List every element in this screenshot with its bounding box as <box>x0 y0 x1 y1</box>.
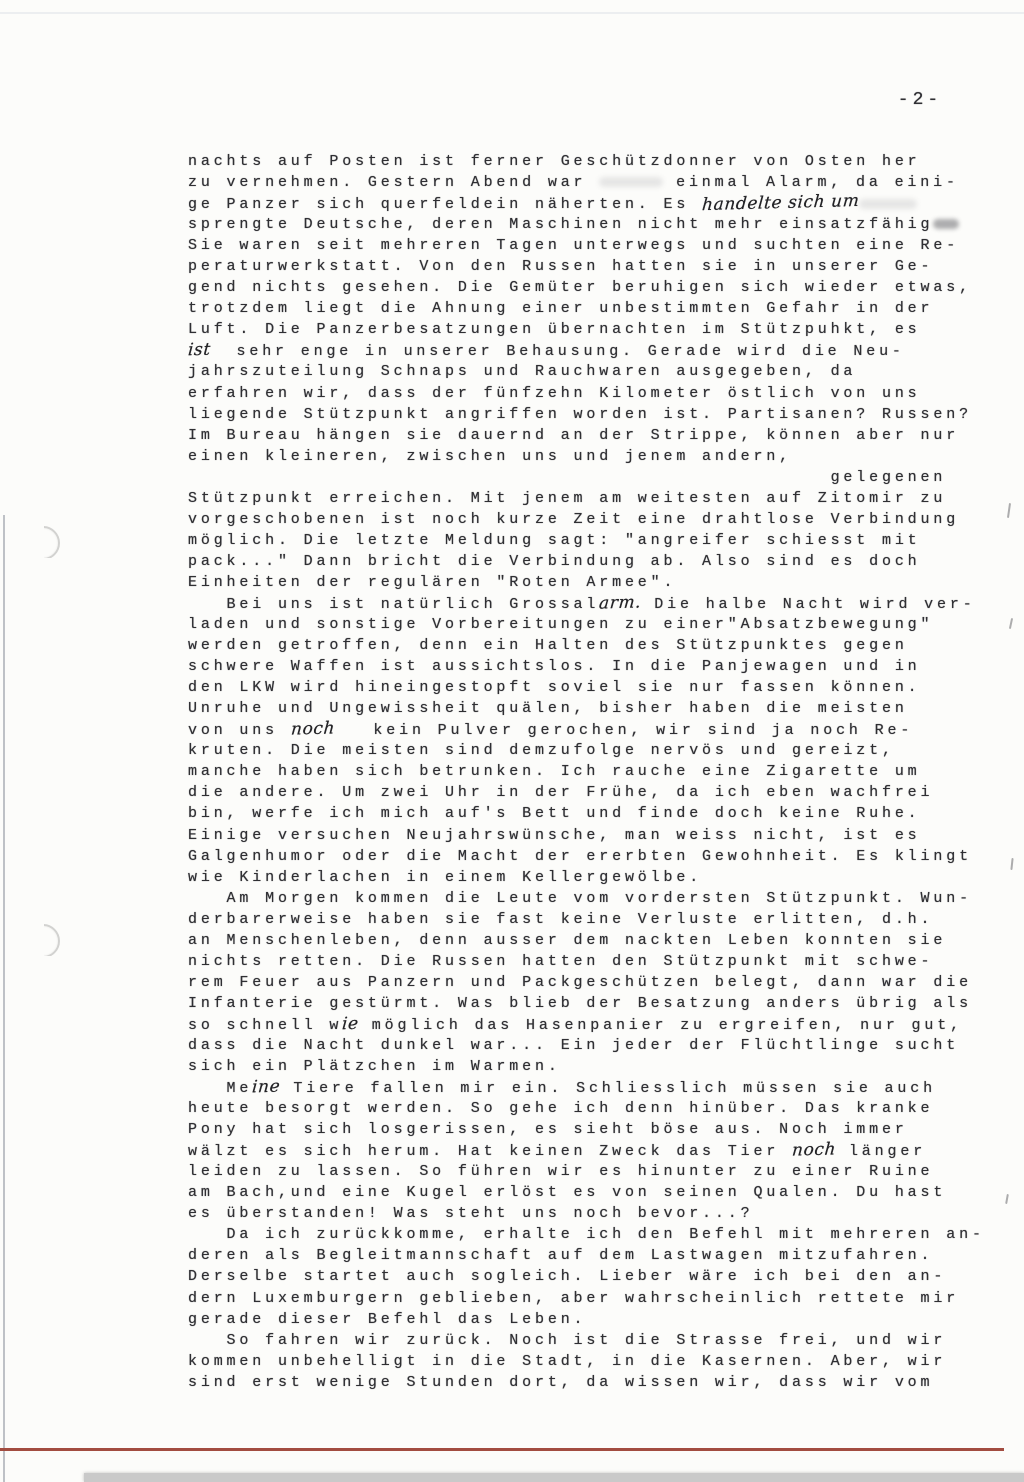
text-line: sind erst wenige Stunden dort, da wissen… <box>188 1372 1000 1393</box>
punch-hole <box>44 524 64 558</box>
document-page: -2- nachts auf Posten ist ferner Geschüt… <box>0 0 1024 1482</box>
typed-text: vorgeschobenen ist noch kurze Zeit eine … <box>188 511 959 528</box>
text-line: Einheiten der regulären "Roten Armee". <box>188 572 1000 593</box>
typed-text: Me <box>188 1080 252 1097</box>
typed-text: liegende Stützpunkt angriffen worden ist… <box>188 406 972 423</box>
pen-mark <box>1010 858 1013 870</box>
punch-hole-ring <box>44 526 60 558</box>
text-line: derbarerweise haben sie fast keine Verlu… <box>188 909 1000 930</box>
typed-text: möglich das Hasenpanier zu ergreifen, nu… <box>359 1017 963 1034</box>
typed-text: kruten. Die meisten sind demzufolge nerv… <box>188 742 895 759</box>
text-line: Da ich zurückkomme, erhalte ich den Befe… <box>188 1224 1000 1245</box>
typed-text: sprengte Deutsche, deren Maschinen nicht… <box>188 216 933 233</box>
typed-text: so schnell w <box>188 1017 342 1034</box>
ink-blot <box>933 219 959 229</box>
handwritten-text: ine <box>251 1077 281 1099</box>
text-line: erfahren wir, dass der fünfzehn Kilomete… <box>188 383 1000 404</box>
typed-text: leiden zu lassen. So führen wir es hinun… <box>188 1163 933 1180</box>
typed-text: Da ich zurückkomme, erhalte ich den Befe… <box>188 1226 985 1243</box>
text-line: nichts retten. Die Russen hatten den Stü… <box>188 951 1000 972</box>
scan-artifact-left-line <box>3 515 5 1482</box>
text-lines: nachts auf Posten ist ferner Geschützdon… <box>188 151 1000 1393</box>
typed-text: Unruhe und Ungewissheit quälen, bisher h… <box>188 700 908 717</box>
text-line: pack..." Dann bricht die Verbindung ab. … <box>188 551 1000 572</box>
typed-text: manche haben sich betrunken. Ich rauche … <box>188 763 921 780</box>
typed-text: gerade dieser Befehl das Leben. <box>188 1311 586 1328</box>
typed-text: zu vernehmen. Gestern Abend war <box>188 174 599 191</box>
pen-mark <box>1007 503 1011 518</box>
text-line: trotzdem liegt die Ahnung einer unbestim… <box>188 298 1000 319</box>
typed-text: pack..." Dann bricht die Verbindung ab. … <box>188 553 921 570</box>
text-line: Stützpunkt erreichen. Mit jenem am weite… <box>188 488 1000 509</box>
typed-text: kein Pulver gerochen, wir sind ja noch R… <box>335 722 913 739</box>
typed-text: dass die Nacht dunkel war... Ein jeder d… <box>188 1037 959 1054</box>
typed-text: Derselbe startet auch sogleich. Lieber w… <box>188 1268 946 1285</box>
scan-red-line <box>0 1448 1004 1451</box>
text-line: kommen unbehelligt in die Stadt, in die … <box>188 1351 1000 1372</box>
typed-text: sehr enge in unserer Behausung. Gerade w… <box>211 343 905 360</box>
typed-text: ge Panzer sich querfeldein näherten. Es <box>188 196 702 213</box>
typed-text: Einheiten der regulären "Roten Armee". <box>188 574 676 591</box>
typed-text: wie Kinderlachen in einem Kellergewölbe. <box>188 869 702 886</box>
typed-text: Am Morgen kommen die Leute vom vorderste… <box>188 890 972 907</box>
text-line: Derselbe startet auch sogleich. Lieber w… <box>188 1266 1000 1287</box>
text-line: bin, werfe ich mich auf's Bett und finde… <box>188 803 1000 824</box>
handwritten-text: noch <box>791 1140 837 1162</box>
text-line: Am Morgen kommen die Leute vom vorderste… <box>188 888 1000 909</box>
page-number: -2- <box>860 90 980 110</box>
typed-text: heute besorgt werden. So gehe ich denn h… <box>188 1100 933 1117</box>
text-line: wie Kinderlachen in einem Kellergewölbe. <box>188 867 1000 888</box>
typed-text: Stützpunkt erreichen. Mit jenem am weite… <box>188 490 946 507</box>
typed-text: Tiere fallen mir ein. Schliesslich müsse… <box>281 1080 936 1097</box>
text-line: möglich. Die letzte Meldung sagt: "angre… <box>188 530 1000 551</box>
text-line: an Menschenleben, denn ausser dem nackte… <box>188 930 1000 951</box>
typed-text: die andere. Um zwei Uhr in der Frühe, da… <box>188 784 933 801</box>
handwritten-text: arm. <box>598 592 642 614</box>
handwritten-text: ie <box>341 1014 359 1036</box>
text-line: rem Feuer aus Panzern und Packgeschützen… <box>188 972 1000 993</box>
text-line: die andere. Um zwei Uhr in der Frühe, da… <box>188 782 1000 803</box>
text-line: am Bach,und eine Kugel erlöst es von sei… <box>188 1182 1000 1203</box>
typed-text: am Bach,und eine Kugel erlöst es von sei… <box>188 1184 946 1201</box>
text-line: liegende Stützpunkt angriffen worden ist… <box>188 404 1000 425</box>
typed-text: an Menschenleben, denn ausser dem nackte… <box>188 932 946 949</box>
text-line: dass die Nacht dunkel war... Ein jeder d… <box>188 1035 1000 1056</box>
typed-text: Bei uns ist natürlich Grossal <box>188 596 599 613</box>
typed-text: länger <box>836 1143 926 1160</box>
text-line: sprengte Deutsche, deren Maschinen nicht… <box>188 214 1000 235</box>
text-line: gend nichts gesehen. Die Gemüter beruhig… <box>188 277 1000 298</box>
text-line: Infanterie gestürmt. Was blieb der Besat… <box>188 993 1000 1014</box>
handwritten-text: ist <box>187 340 211 362</box>
text-line: kruten. Die meisten sind demzufolge nerv… <box>188 740 1000 761</box>
text-line: leiden zu lassen. So führen wir es hinun… <box>188 1161 1000 1182</box>
typed-text: wälzt es sich herum. Hat keinen Zweck da… <box>188 1143 792 1160</box>
text-line: Pony hat sich losgerissen, es sieht böse… <box>188 1119 1000 1140</box>
typed-text: werden getroffen, denn ein Halten des St… <box>188 637 908 654</box>
text-line: sich ein Plätzchen im Warmen. <box>188 1056 1000 1077</box>
typed-text: dern Luxemburgern geblieben, aber wahrsc… <box>188 1290 959 1307</box>
text-line: Bei uns ist natürlich Grossalarm. Die ha… <box>188 593 1000 614</box>
typed-text: einmal Alarm, da eini- <box>663 174 959 191</box>
text-line: den LKW wird hineingestopft soviel sie n… <box>188 677 1000 698</box>
typed-text: peraturwerkstatt. Von den Russen hatten … <box>188 258 933 275</box>
typed-text: rem Feuer aus Panzern und Packgeschützen… <box>188 974 972 991</box>
text-line: nachts auf Posten ist ferner Geschützdon… <box>188 151 1000 172</box>
text-line: gelegenen <box>188 467 1000 488</box>
typed-text: So fahren wir zurück. Noch ist die Stras… <box>188 1332 946 1349</box>
handwritten-text: handelte sich um <box>701 191 860 216</box>
scan-bottom-band <box>84 1473 1024 1482</box>
typed-text: Die halbe Nacht wird ver- <box>641 596 975 613</box>
text-line: dern Luxemburgern geblieben, aber wahrsc… <box>188 1288 1000 1309</box>
typed-text: einen kleineren, zwischen uns und jenem … <box>188 448 792 465</box>
typed-text: den LKW wird hineingestopft soviel sie n… <box>188 679 921 696</box>
typed-text: gelegenen <box>188 469 946 486</box>
text-line: von uns noch kein Pulver gerochen, wir s… <box>188 719 1000 740</box>
typed-text: jahrszuteilung Schnaps und Rauchwaren au… <box>188 363 856 380</box>
typed-text: Infanterie gestürmt. Was blieb der Besat… <box>188 995 972 1012</box>
typed-text: von uns <box>188 722 291 739</box>
text-line: peraturwerkstatt. Von den Russen hatten … <box>188 256 1000 277</box>
text-line: ge Panzer sich querfeldein näherten. Es … <box>188 193 1000 214</box>
punch-hole-ring <box>44 924 60 956</box>
text-line: heute besorgt werden. So gehe ich denn h… <box>188 1098 1000 1119</box>
text-line: jahrszuteilung Schnaps und Rauchwaren au… <box>188 361 1000 382</box>
typed-text: derbarerweise haben sie fast keine Verlu… <box>188 911 933 928</box>
text-line: laden und sonstige Vorbereitungen zu ein… <box>188 614 1000 635</box>
pen-mark <box>1005 1194 1009 1204</box>
text-line: einen kleineren, zwischen uns und jenem … <box>188 446 1000 467</box>
pen-mark <box>1009 618 1013 629</box>
typed-text: gend nichts gesehen. Die Gemüter beruhig… <box>188 279 972 296</box>
text-line: Einige versuchen Neujahrswünsche, man we… <box>188 825 1000 846</box>
text-line: manche haben sich betrunken. Ich rauche … <box>188 761 1000 782</box>
typed-text: schwere Waffen ist aussichtslos. In die … <box>188 658 921 675</box>
text-line: wälzt es sich herum. Hat keinen Zweck da… <box>188 1140 1000 1161</box>
typed-text: Galgenhumor oder die Macht der ererbten … <box>188 848 972 865</box>
text-line: Galgenhumor oder die Macht der ererbten … <box>188 846 1000 867</box>
text-line: vorgeschobenen ist noch kurze Zeit eine … <box>188 509 1000 530</box>
typed-text: bin, werfe ich mich auf's Bett und finde… <box>188 805 921 822</box>
typed-text: nachts auf Posten ist ferner Geschützdon… <box>188 153 921 170</box>
punch-hole <box>44 922 64 956</box>
typed-text: sich ein Plätzchen im Warmen. <box>188 1058 561 1075</box>
typed-text: sind erst wenige Stunden dort, da wissen… <box>188 1374 933 1391</box>
typed-text: trotzdem liegt die Ahnung einer unbestim… <box>188 300 933 317</box>
text-line: so schnell wie möglich das Hasenpanier z… <box>188 1014 1000 1035</box>
text-line: schwere Waffen ist aussichtslos. In die … <box>188 656 1000 677</box>
typed-text: erfahren wir, dass der fünfzehn Kilomete… <box>188 385 921 402</box>
text-line: werden getroffen, denn ein Halten des St… <box>188 635 1000 656</box>
typed-text: nichts retten. Die Russen hatten den Stü… <box>188 953 933 970</box>
handwritten-text: noch <box>290 719 336 741</box>
text-line: Luft. Die Panzerbesatzungen übernachten … <box>188 319 1000 340</box>
ink-blot <box>859 199 917 209</box>
text-line: deren als Begleitmannschaft auf dem Last… <box>188 1245 1000 1266</box>
typed-text: möglich. Die letzte Meldung sagt: "angre… <box>188 532 921 549</box>
typed-text: es überstanden! Was steht uns noch bevor… <box>188 1205 753 1222</box>
text-line: es überstanden! Was steht uns noch bevor… <box>188 1203 1000 1224</box>
typed-text: deren als Begleitmannschaft auf dem Last… <box>188 1247 933 1264</box>
typed-text: Im Bureau hängen sie dauernd an der Stri… <box>188 427 959 444</box>
typed-text: Einige versuchen Neujahrswünsche, man we… <box>188 827 921 844</box>
text-line: zu vernehmen. Gestern Abend war einmal A… <box>188 172 1000 193</box>
text-line: ist sehr enge in unserer Behausung. Gera… <box>188 340 1000 361</box>
text-line: Im Bureau hängen sie dauernd an der Stri… <box>188 425 1000 446</box>
text-line: Sie waren seit mehreren Tagen unterwegs … <box>188 235 1000 256</box>
text-line: So fahren wir zurück. Noch ist die Stras… <box>188 1330 1000 1351</box>
scan-artifact-top-line <box>0 12 1024 14</box>
typed-text: Sie waren seit mehreren Tagen unterwegs … <box>188 237 959 254</box>
text-line: Unruhe und Ungewissheit quälen, bisher h… <box>188 698 1000 719</box>
text-line: Meine Tiere fallen mir ein. Schliesslich… <box>188 1077 1000 1098</box>
typed-text: laden und sonstige Vorbereitungen zu ein… <box>188 616 933 633</box>
typed-text: kommen unbehelligt in die Stadt, in die … <box>188 1353 946 1370</box>
ink-blot <box>599 177 663 187</box>
typed-text: Pony hat sich losgerissen, es sieht böse… <box>188 1121 908 1138</box>
text-line: gerade dieser Befehl das Leben. <box>188 1309 1000 1330</box>
typed-text: Luft. Die Panzerbesatzungen übernachten … <box>188 321 921 338</box>
